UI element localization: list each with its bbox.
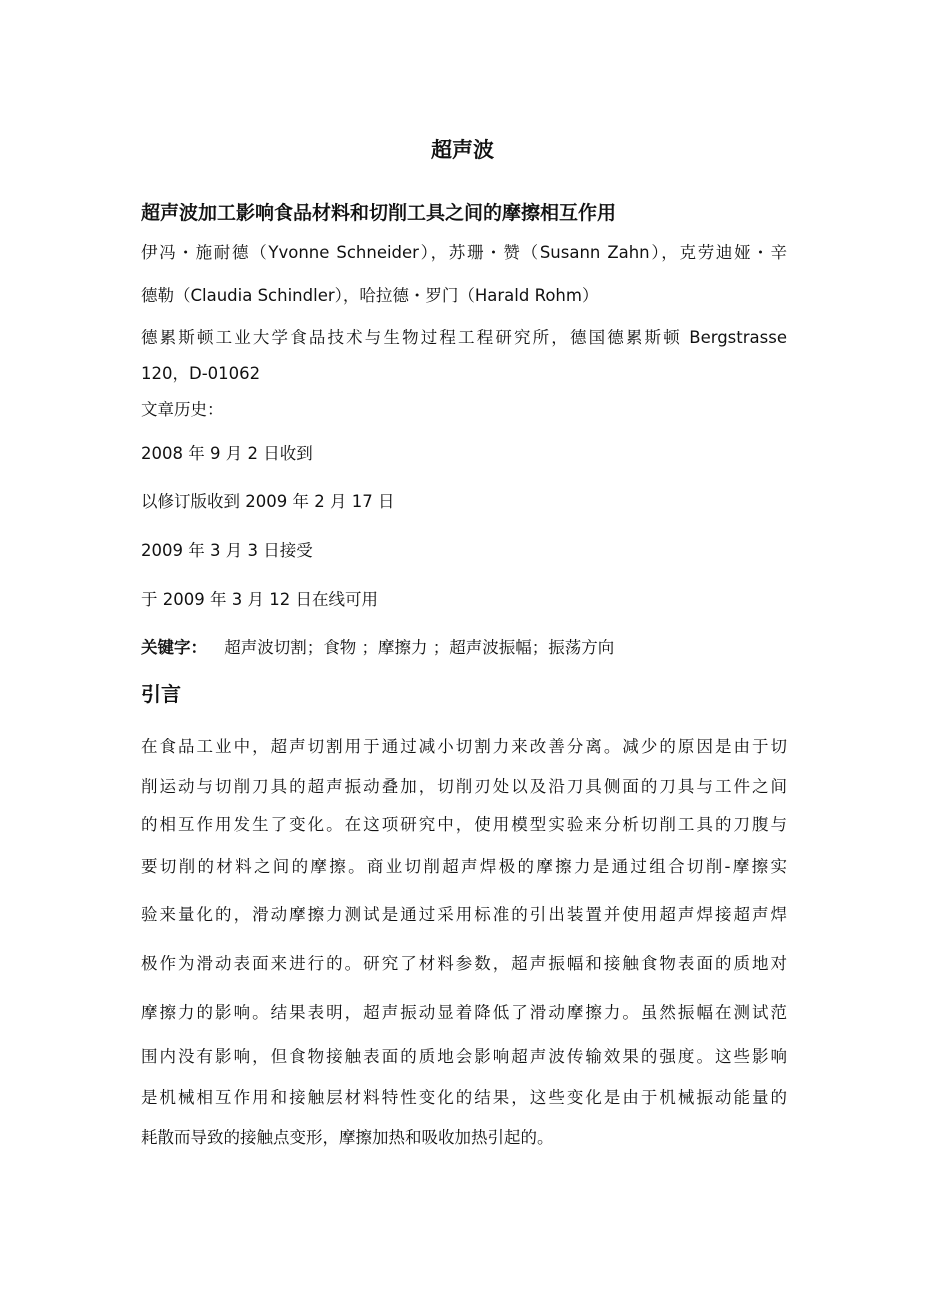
intro-line: 在食品工业中，超声切割用于通过减小切割力来改善分离。减少的原因是由于切 [141, 737, 787, 757]
history-received: 2008 年 9 月 2 日收到 [141, 444, 313, 464]
history-label: 文章历史： [141, 400, 224, 420]
authors-line-2: 德勒（Claudia Schindler），哈拉德・罗门（Harald Rohm… [141, 286, 598, 306]
intro-line: 耗散而导致的接触点变形，摩擦加热和吸收加热引起的。 [141, 1128, 554, 1148]
section-heading-intro: 引言 [141, 684, 181, 704]
keywords-value: 超声波切割；食物 ；摩擦力 ；超声波振幅；振荡方向 [224, 638, 614, 657]
intro-line: 极作为滑动表面来进行的。研究了材料参数，超声振幅和接触食物表面的质地对 [141, 954, 787, 974]
intro-line: 的相互作用发生了变化。在这项研究中，使用模型实验来分析切削工具的刀腹与 [141, 815, 787, 835]
affiliation-line-1: 德累斯顿工业大学食品技术与生物过程工程研究所，德国德累斯顿 Bergstrass… [141, 328, 787, 348]
intro-line: 验来量化的，滑动摩擦力测试是通过采用标准的引出装置并使用超声焊接超声焊 [141, 905, 787, 925]
document-title: 超声波 [0, 137, 925, 163]
history-revised: 以修订版收到 2009 年 2 月 17 日 [141, 492, 394, 512]
keywords-row: 关键字： 超声波切割；食物 ；摩擦力 ；超声波振幅；振荡方向 [141, 638, 614, 658]
history-online: 于 2009 年 3 月 12 日在线可用 [141, 590, 378, 610]
intro-line: 围内没有影响，但食物接触表面的质地会影响超声波传输效果的强度。这些影响 [141, 1047, 787, 1067]
article-title: 超声波加工影响食品材料和切削工具之间的摩擦相互作用 [141, 201, 616, 225]
authors-line-1: 伊冯・施耐德（Yvonne Schneider），苏珊・赞（Susann Zah… [141, 243, 787, 263]
history-accepted: 2009 年 3 月 3 日接受 [141, 541, 313, 561]
keywords-label: 关键字： [141, 638, 207, 657]
affiliation-line-2: 120，D-01062 [141, 364, 260, 384]
intro-line: 要切削的材料之间的摩擦。商业切削超声焊极的摩擦力是通过组合切削-摩擦实 [141, 857, 787, 877]
intro-line: 是机械相互作用和接触层材料特性变化的结果，这些变化是由于机械振动能量的 [141, 1088, 787, 1108]
intro-line: 削运动与切削刀具的超声振动叠加，切削刃处以及沿刀具侧面的刀具与工件之间 [141, 777, 787, 797]
intro-line: 摩擦力的影响。结果表明，超声振动显着降低了滑动摩擦力。虽然振幅在测试范 [141, 1003, 787, 1023]
